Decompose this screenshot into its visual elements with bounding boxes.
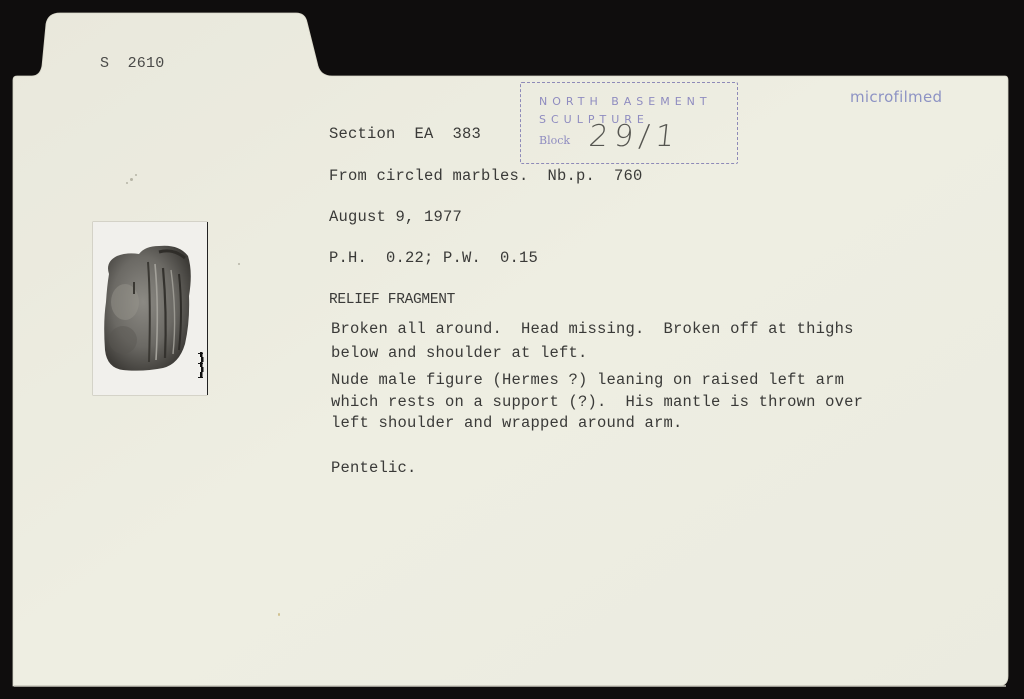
paper-speck bbox=[130, 178, 133, 181]
paper-speck bbox=[278, 613, 280, 616]
stamp-location: NORTH BASEMENT bbox=[539, 95, 712, 108]
section-line: Section EA 383 bbox=[329, 122, 481, 146]
condition-paragraph: Broken all around. Head missing. Broken … bbox=[331, 317, 854, 365]
relief-fragment-image bbox=[93, 222, 207, 395]
paper-speck bbox=[126, 182, 128, 184]
card-number: S 2610 bbox=[100, 52, 164, 76]
stamp-block-number: 29/1 bbox=[587, 119, 682, 154]
paper-speck bbox=[238, 263, 240, 265]
microfilmed-stamp: microfilmed bbox=[850, 88, 942, 106]
material-line: Pentelic. bbox=[331, 456, 417, 480]
object-title: RELIEF FRAGMENT bbox=[329, 288, 455, 312]
provenance-line: From circled marbles. Nb.p. 760 bbox=[329, 164, 643, 188]
dimensions-line: P.H. 0.22; P.W. 0.15 bbox=[329, 246, 538, 270]
location-stamp: NORTH BASEMENT SCULPTURE Block 29/1 bbox=[520, 82, 738, 164]
date-line: August 9, 1977 bbox=[329, 205, 462, 229]
paper-speck bbox=[135, 174, 137, 176]
stamp-block-label: Block bbox=[539, 134, 570, 147]
scan-background: S 2610 microfilmed NORTH BASEMENT SCULPT… bbox=[0, 0, 1024, 699]
description-paragraph: Nude male figure (Hermes ?) leaning on r… bbox=[331, 370, 863, 435]
fragment-photograph bbox=[93, 222, 207, 395]
